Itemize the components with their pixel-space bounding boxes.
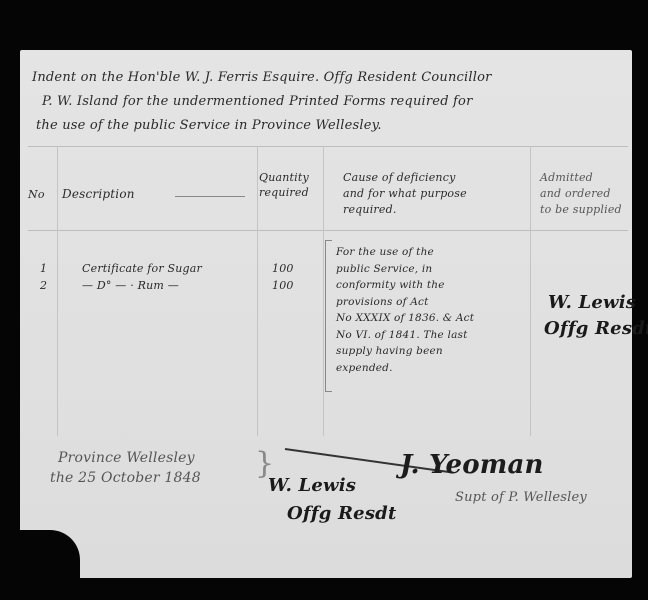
column-divider-quantity (323, 146, 324, 436)
cause-line: For the use of the (336, 244, 486, 261)
header-dash (175, 196, 245, 197)
page-shadow (0, 530, 80, 600)
superintendent-title: Supt of P. Wellesley (455, 490, 587, 505)
header-description: Description (62, 187, 135, 202)
cause-line: supply having been (336, 343, 486, 360)
cause-line: No XXXIX of 1836. & Act (336, 310, 486, 327)
row-2-description: — D° — · Rum — (82, 279, 179, 292)
header-admitted-3: to be supplied (540, 202, 622, 217)
header-cause-3: required. (343, 202, 397, 217)
row-2-no: 2 (40, 279, 47, 292)
date-line: the 25 October 1848 (50, 470, 201, 486)
heading-line-2: P. W. Island for the undermentioned Prin… (42, 94, 473, 109)
table-header-rule (28, 230, 628, 231)
councillor-signature-name: W. Lewis (268, 475, 356, 496)
cause-line: expended. (336, 360, 486, 377)
header-admitted-1: Admitted (540, 170, 593, 185)
header-no: No (28, 187, 45, 202)
row-2-quantity: 100 (272, 279, 294, 292)
row-1-description: Certificate for Sugar (82, 262, 202, 275)
cause-line: No VI. of 1841. The last (336, 327, 486, 344)
column-divider-no (57, 146, 58, 436)
table-top-rule (28, 146, 628, 147)
column-divider-cause (530, 146, 531, 436)
cause-line: conformity with the (336, 277, 486, 294)
header-admitted-2: and ordered (540, 186, 611, 201)
heading-line-1: Indent on the Hon'ble W. J. Ferris Esqui… (32, 70, 492, 85)
column-divider-description (257, 146, 258, 436)
superintendent-signature: J. Yeoman (400, 450, 544, 480)
cause-text: For the use of the public Service, in co… (336, 244, 486, 376)
header-cause-2: and for what purpose (343, 186, 467, 201)
header-cause-1: Cause of deficiency (343, 170, 456, 185)
row-1-quantity: 100 (272, 262, 294, 275)
cause-line: provisions of Act (336, 294, 486, 311)
councillor-signature-title: Offg Resdt (287, 503, 396, 524)
row-1-no: 1 (40, 262, 47, 275)
place-line: Province Wellesley (58, 450, 195, 466)
cause-bracket (325, 240, 332, 392)
admitted-signature-title: Offg Resdt (544, 318, 648, 339)
header-quantity-2: required (259, 185, 309, 200)
admitted-signature-name: W. Lewis (548, 292, 636, 313)
cause-line: public Service, in (336, 261, 486, 278)
heading-line-3: the use of the public Service in Provinc… (36, 118, 382, 133)
header-quantity-1: Quantity (259, 170, 309, 185)
